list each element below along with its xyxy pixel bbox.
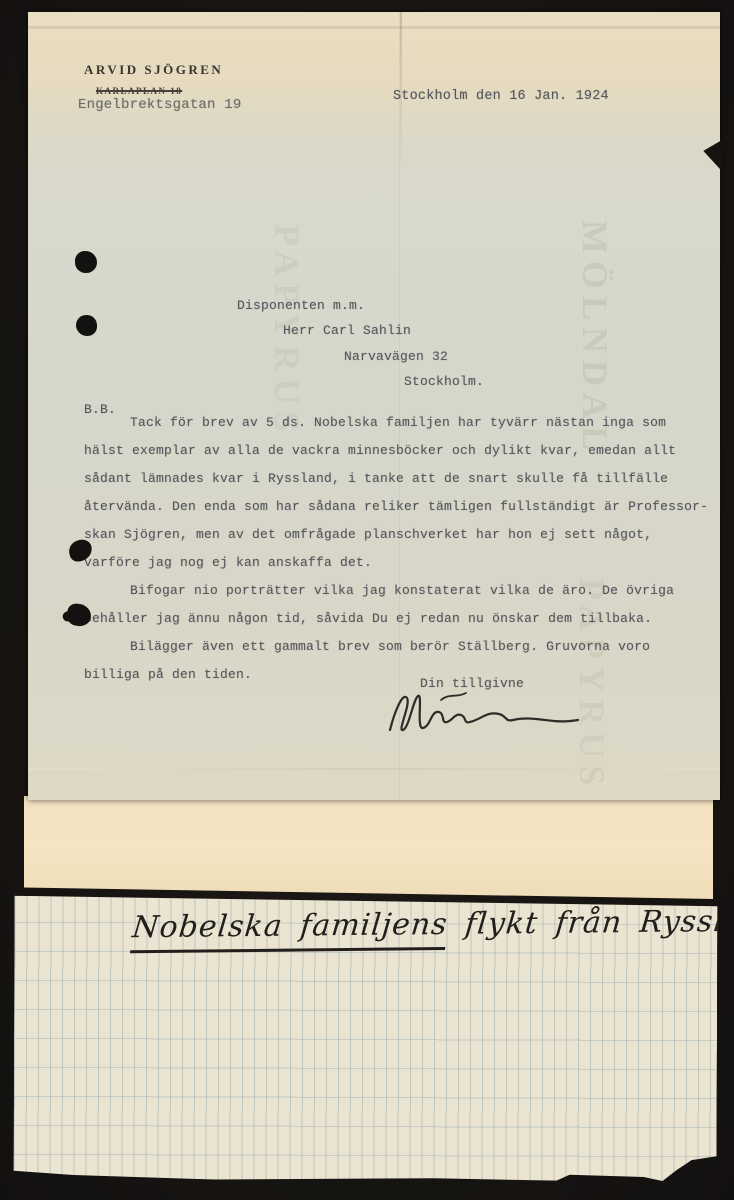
letterhead-struck-address: KARLAPLAN 18 <box>96 86 182 96</box>
recipient-line: Disponenten m.m. <box>237 298 365 313</box>
letter-sheet: PAPYRUS MÖLNDAL PAPYRUS ARVID SJÖGREN KA… <box>28 12 720 800</box>
caption-rest-text: flykt från Ryssland <box>446 903 734 942</box>
body-line: återvända. Den enda som har sådana relik… <box>84 499 734 527</box>
fold-crease <box>28 26 720 29</box>
recipient-line: Stockholm. <box>404 374 484 389</box>
body-line: Bilägger även ett gammalt brev som berör… <box>84 639 734 667</box>
body-line: Tack för brev av 5 ds. Nobelska familjen… <box>84 415 734 443</box>
handwritten-caption: Nobelska familjens flykt från Ryssland <box>131 904 714 945</box>
recipient-line: Herr Carl Sahlin <box>283 323 411 338</box>
body-line: behåller jag ännu någon tid, såvida Du e… <box>84 611 734 639</box>
body-line: hälst exemplar av alla de vackra minnesb… <box>84 443 734 471</box>
body-line: sådant lämnades kvar i Ryssland, i tanke… <box>84 471 734 499</box>
body-line: skan Sjögren, men av det omfrågade plans… <box>84 527 734 555</box>
punch-hole-ink-dot <box>75 251 97 273</box>
punch-hole-ink-dot <box>76 315 97 336</box>
graph-paper-sheet: Nobelska familjens flykt från Ryssland <box>13 892 717 1186</box>
backing-sheet <box>24 796 713 900</box>
scanned-document-page: Nobelska familjens flykt från Ryssland P… <box>0 0 734 1200</box>
body-line: varföre jag nog ej kan anskaffa det. <box>84 555 734 583</box>
caption-underlined-text: Nobelska familjens <box>130 907 449 953</box>
letterhead-name: ARVID SJÖGREN <box>84 62 223 78</box>
recipient-line: Narvavägen 32 <box>344 349 448 364</box>
dateline: Stockholm den 16 Jan. 1924 <box>393 89 609 104</box>
fold-crease <box>28 768 720 770</box>
signature-scrawl-icon <box>386 688 586 740</box>
letterhead-typed-address: Engelbrektsgatan 19 <box>78 97 241 113</box>
body-line: Bifogar nio porträtter vilka jag konstat… <box>84 583 734 611</box>
